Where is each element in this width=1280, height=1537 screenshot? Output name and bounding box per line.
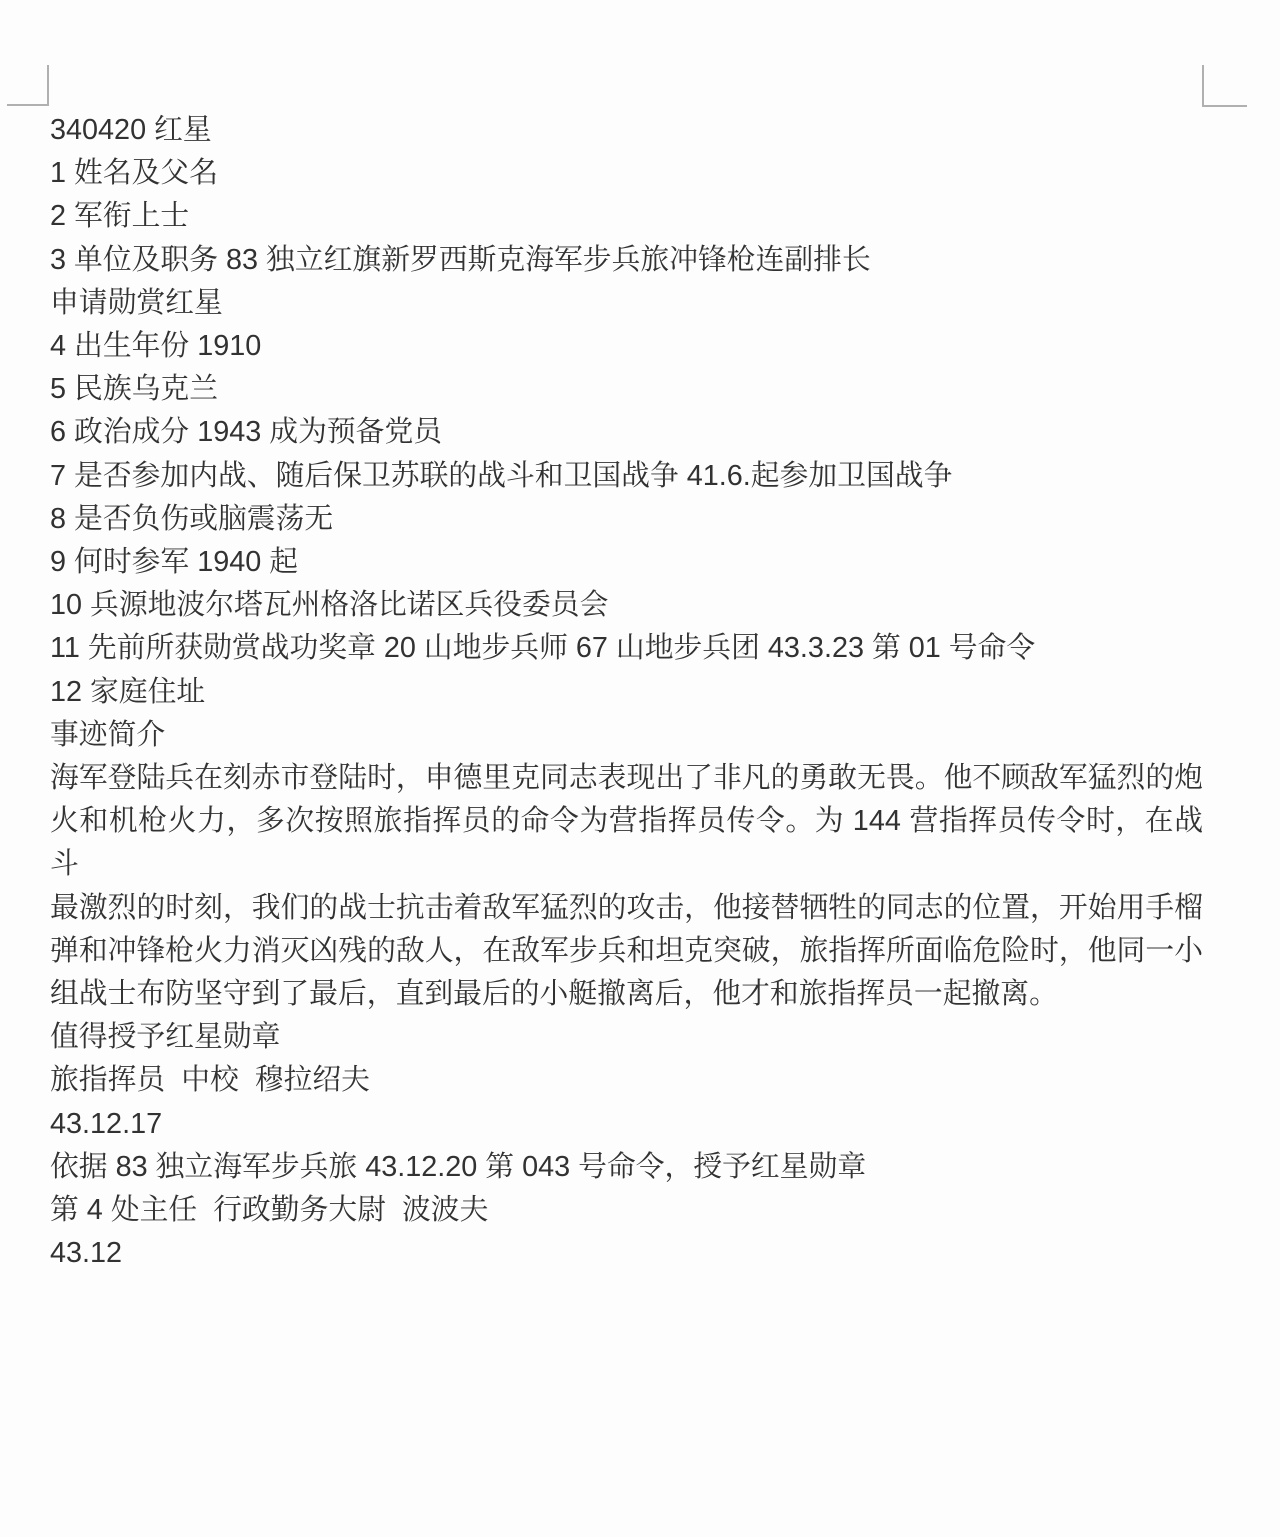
field-service-since: 9 何时参军 1940 起 bbox=[50, 541, 1203, 584]
record-id-line: 340420 红星 bbox=[50, 109, 1203, 152]
field-draft-office: 10 兵源地波尔塔瓦州格洛比诺区兵役委员会 bbox=[50, 584, 1203, 627]
field-party-affiliation: 6 政治成分 1943 成为预备党员 bbox=[50, 411, 1203, 454]
brigade-commander-signature: 旅指挥员 中校 穆拉绍夫 bbox=[50, 1059, 1203, 1102]
field-award-nominated: 申请勋赏红星 bbox=[50, 282, 1203, 325]
field-prior-awards: 11 先前所获勋赏战功奖章 20 山地步兵师 67 山地步兵团 43.3.23 … bbox=[50, 627, 1203, 670]
citation-line: 火和机枪火力，多次按照旅指挥员的命令为营指挥员传令。为 144 营指挥员传令时，… bbox=[50, 800, 1203, 886]
field-wounds-concussions: 8 是否负伤或脑震荡无 bbox=[50, 498, 1203, 541]
registration-date: 43.12 bbox=[50, 1232, 1203, 1275]
page-corner-mark-left bbox=[7, 65, 49, 106]
citation-line: 弹和冲锋枪火力消灭凶残的敌人，在敌军步兵和坦克突破，旅指挥所面临危险时，他同一小 bbox=[50, 930, 1203, 973]
award-recommendation-line: 值得授予红星勋章 bbox=[50, 1016, 1203, 1059]
field-home-address: 12 家庭住址 bbox=[50, 671, 1203, 714]
field-birth-year: 4 出生年份 1910 bbox=[50, 325, 1203, 368]
citation-line: 最激烈的时刻，我们的战士抗击着敌军猛烈的攻击，他接替牺牲的同志的位置，开始用手榴 bbox=[50, 887, 1203, 930]
field-name-patronymic: 1 姓名及父名 bbox=[50, 152, 1203, 195]
citation-section-heading: 事迹简介 bbox=[50, 714, 1203, 757]
field-nationality: 5 民族乌克兰 bbox=[50, 368, 1203, 411]
award-order-line: 依据 83 独立海军步兵旅 43.12.20 第 043 号命令，授予红星勋章 bbox=[50, 1146, 1203, 1189]
section-chief-signature: 第 4 处主任 行政勤务大尉 波波夫 bbox=[50, 1189, 1203, 1232]
page-corner-mark-right bbox=[1202, 65, 1247, 107]
field-unit-position: 3 单位及职务 83 独立红旗新罗西斯克海军步兵旅冲锋枪连副排长 bbox=[50, 239, 1203, 282]
citation-line: 海军登陆兵在刻赤市登陆时，申德里克同志表现出了非凡的勇敢无畏。他不顾敌军猛烈的炮 bbox=[50, 757, 1203, 800]
field-war-participation: 7 是否参加内战、随后保卫苏联的战斗和卫国战争 41.6.起参加卫国战争 bbox=[50, 455, 1203, 498]
field-rank: 2 军衔上士 bbox=[50, 195, 1203, 238]
citation-line-last: 组战士布防坚守到了最后，直到最后的小艇撤离后，他才和旅指挥员一起撤离。 bbox=[50, 973, 1203, 1016]
award-citation-document: 340420 红星 1 姓名及父名 2 军衔上士 3 单位及职务 83 独立红旗… bbox=[50, 109, 1203, 1275]
recommendation-date: 43.12.17 bbox=[50, 1103, 1203, 1146]
